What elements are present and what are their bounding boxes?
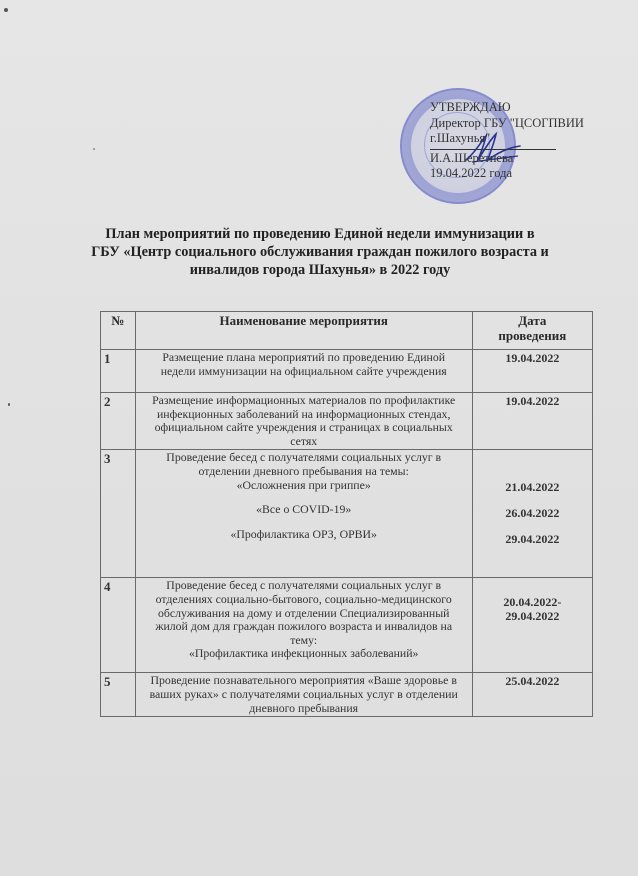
table-row: 2 Размещение информационных материалов п… (101, 393, 593, 450)
table-row: 1 Размещение плана мероприятий по провед… (101, 350, 593, 393)
title-line: План мероприятий по проведению Единой не… (80, 225, 560, 243)
talk-topic: «Профилактика ОРЗ, ОРВИ» (139, 528, 469, 542)
header-number: № (101, 312, 136, 350)
row-number: 3 (101, 450, 136, 578)
approval-date: 19.04.2022 года (430, 166, 584, 182)
table-row: 4 Проведение бесед с получателями социал… (101, 578, 593, 673)
event-name-line: обслуживания на дому и отделении Специал… (139, 607, 469, 621)
event-name-line: Размещение плана мероприятий по проведен… (139, 351, 469, 365)
topic-date: 21.04.2022 (476, 480, 589, 494)
scan-speck (93, 148, 95, 150)
talk-topic: «Все о COVID-19» (139, 503, 469, 517)
approval-signatory: И.А.Шеретнева (430, 151, 584, 167)
topic-date: 26.04.2022 (476, 506, 589, 520)
date-range-start: 20.04.2022- (476, 595, 589, 609)
event-name-line: жилой дом для граждан пожилого возраста … (139, 620, 469, 634)
event-name-line: инфекционных заболеваний на информационн… (139, 408, 469, 422)
event-date: 19.04.2022 (472, 393, 592, 450)
approval-organization: г.Шахунья" (430, 131, 584, 147)
event-name-line: отделениях социально-бытового, социально… (139, 593, 469, 607)
topic-date: 29.04.2022 (476, 532, 589, 546)
events-plan-table: № Наименование мероприятия Дата проведен… (100, 311, 593, 717)
approval-heading: УТВЕРЖДАЮ (430, 100, 584, 116)
event-name-line: Проведение бесед с получателями социальн… (139, 579, 469, 593)
table-row: 5 Проведение познавательного мероприятия… (101, 673, 593, 717)
event-date: 25.04.2022 (472, 673, 592, 717)
event-name-line: отделении дневного пребывания на темы: (139, 465, 469, 479)
row-number: 4 (101, 578, 136, 673)
title-line: инвалидов города Шахунья» в 2022 году (80, 261, 560, 279)
approval-block: УТВЕРЖДАЮ Директор ГБУ "ЦСОГПВИИ г.Шахун… (430, 100, 584, 182)
scan-speck (8, 403, 10, 406)
event-name: Проведение бесед с получателями социальн… (135, 450, 472, 578)
event-name: Проведение бесед с получателями социальн… (135, 578, 472, 673)
event-name-line: Проведение бесед с получателями социальн… (139, 451, 469, 465)
event-name-line: «Профилактика инфекционных заболеваний» (139, 647, 469, 661)
signature-line (430, 149, 556, 150)
row-number: 1 (101, 350, 136, 393)
spacer (476, 494, 589, 506)
event-name-line: недели иммунизации на официальном сайте … (139, 365, 469, 379)
header-date-line: проведения (476, 328, 589, 343)
event-name: Размещение информационных материалов по … (135, 393, 472, 450)
event-name-line: Проведение познавательного мероприятия «… (139, 674, 469, 688)
table-row: 3 Проведение бесед с получателями социал… (101, 450, 593, 578)
row-number: 5 (101, 673, 136, 717)
event-name-line: Размещение информационных материалов по … (139, 394, 469, 408)
scanned-page: УТВЕРЖДАЮ Директор ГБУ "ЦСОГПВИИ г.Шахун… (0, 0, 638, 876)
date-range-end: 29.04.2022 (476, 609, 589, 623)
header-date: Дата проведения (472, 312, 592, 350)
event-name-line: официальном сайте учреждения и страницах… (139, 421, 469, 435)
event-date: 19.04.2022 (472, 350, 592, 393)
event-date: 20.04.2022- 29.04.2022 (472, 578, 592, 673)
event-name-line: дневного пребывания (139, 702, 469, 716)
header-event-name: Наименование мероприятия (135, 312, 472, 350)
event-date: 21.04.2022 26.04.2022 29.04.2022 (472, 450, 592, 578)
scan-speck (4, 8, 8, 12)
spacer (476, 520, 589, 532)
event-name-line: сетях (139, 435, 469, 449)
event-name-line: тему: (139, 634, 469, 648)
event-name: Проведение познавательного мероприятия «… (135, 673, 472, 717)
title-line: ГБУ «Центр социального обслуживания граж… (80, 243, 560, 261)
event-name: Размещение плана мероприятий по проведен… (135, 350, 472, 393)
row-number: 2 (101, 393, 136, 450)
header-date-line: Дата (476, 313, 589, 328)
approval-position: Директор ГБУ "ЦСОГПВИИ (430, 116, 584, 132)
event-name-line: ваших руках» с получателями социальных у… (139, 688, 469, 702)
document-title: План мероприятий по проведению Единой не… (80, 225, 560, 279)
talk-topic: «Осложнения при гриппе» (139, 479, 469, 493)
table-header-row: № Наименование мероприятия Дата проведен… (101, 312, 593, 350)
